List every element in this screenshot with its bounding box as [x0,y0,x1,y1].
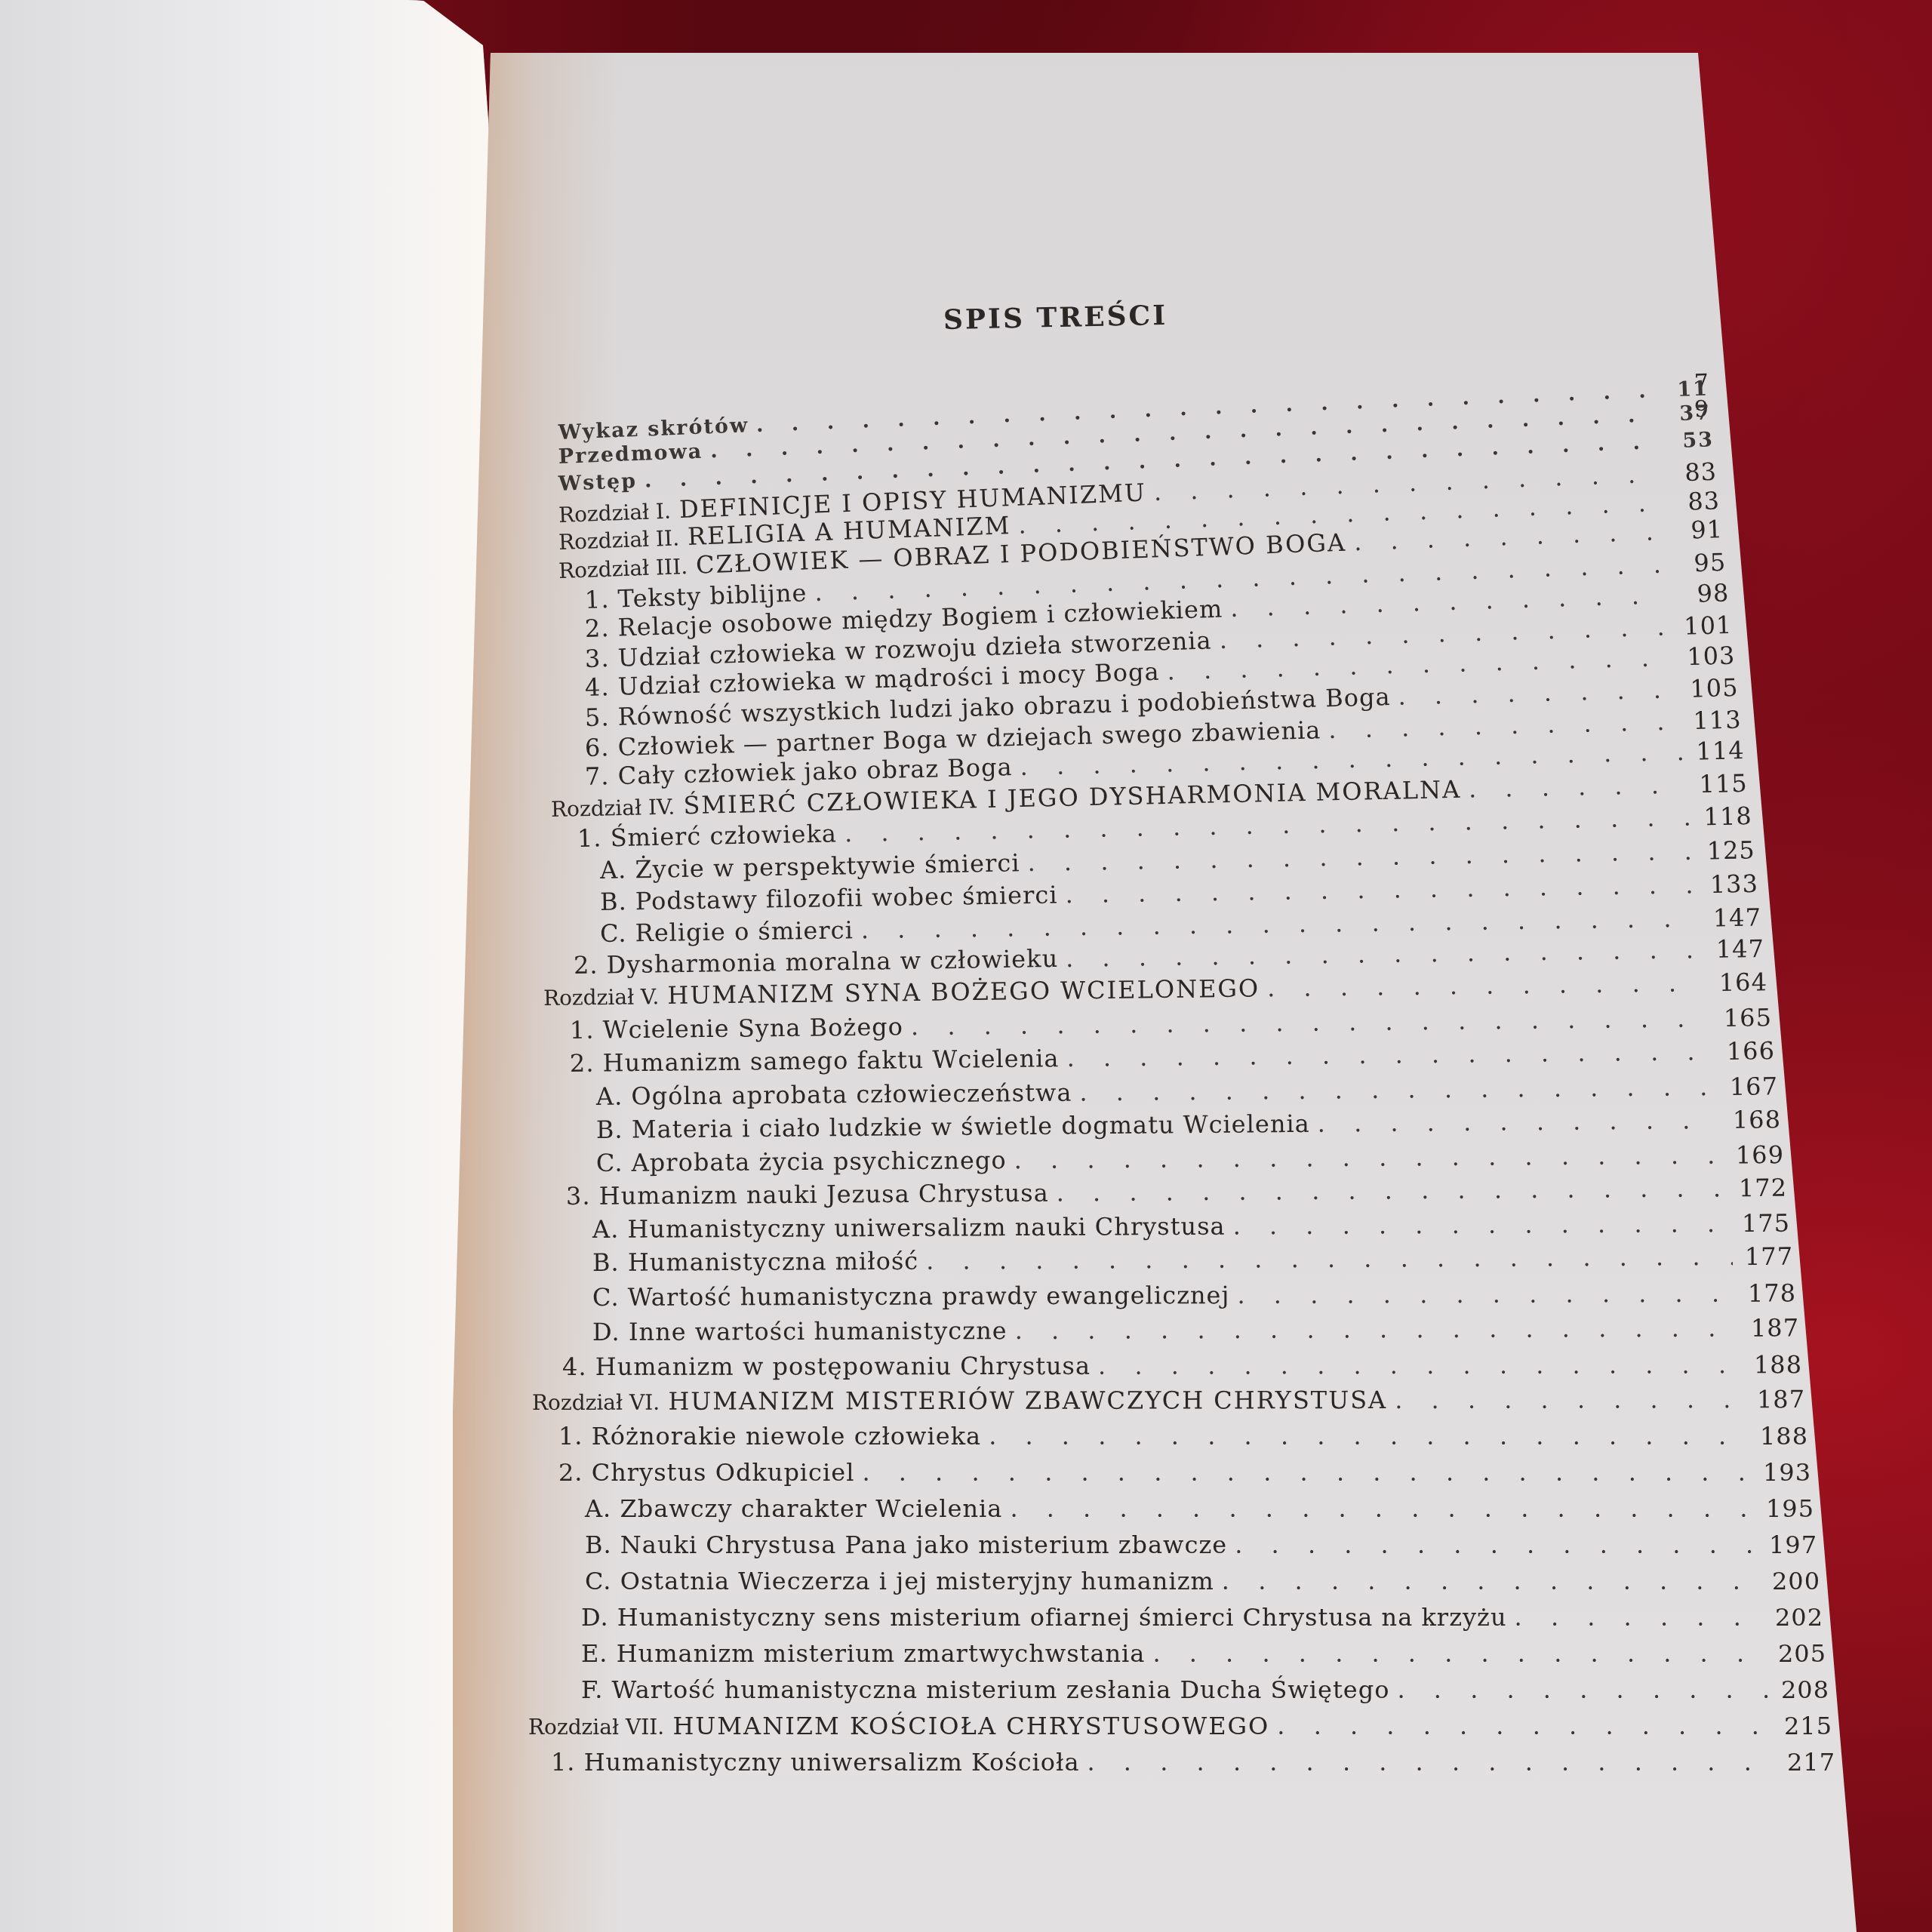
page-number: 195 [1761,1494,1814,1523]
toc-entry-subsection: B. Materia i ciało ludzkie w świetle dog… [596,1105,1781,1144]
toc-entry-section: 2. Chrystus Odkupiciel193 [558,1458,1811,1487]
toc-entry-subsection: C. Wartość humanistyczna prawdy ewangeli… [592,1278,1796,1312]
dot-leader [911,1004,1712,1041]
page-number: 187 [1746,1313,1799,1342]
toc-entry-label: 3. Humanizm nauki Jezusa Chrystusa [566,1179,1049,1211]
dot-leader [1027,837,1695,877]
photo-scene: SPIS TREŚCI 7 9 Wykaz skrótów11Przedmowa… [0,0,1932,1932]
page-number: 83 [1663,457,1717,488]
page-number: 217 [1783,1748,1835,1777]
page-number: 205 [1774,1639,1826,1668]
page-number: 147 [1709,903,1762,933]
toc-entry-label: C. Aprobata życia psychicznego [596,1146,1007,1177]
page-number: 95 [1673,548,1727,578]
toc-entry-section: 1. Różnorakie niewole człowieka188 [558,1422,1808,1451]
dot-leader [1098,1350,1742,1380]
dot-leader [1014,1141,1724,1175]
dot-leader [1469,770,1687,803]
chapter-prefix: Rozdział VI. [532,1390,660,1415]
dot-leader [1066,935,1704,973]
page-number: 187 [1752,1385,1805,1414]
toc-entry-label: B. Podstawy filozofii wobec śmierci [600,880,1058,916]
table-of-contents: SPIS TREŚCI 7 9 Wykaz skrótów11Przedmowa… [453,53,1857,1932]
page-number: 167 [1725,1072,1778,1101]
dot-leader [1398,675,1678,711]
toc-entry-label: C. Ostatnia Wieczerza i jej misteryjny h… [585,1567,1214,1595]
page-number: 169 [1731,1140,1784,1169]
chapter-prefix: Rozdział V. [543,984,660,1011]
toc-entry-label: 2. Chrystus Odkupiciel [558,1458,854,1487]
page-number: 165 [1719,1003,1772,1032]
toc-entry-label: Rozdział V. HUMANIZM SYNA BOŻEGO WCIELON… [543,974,1260,1011]
page-number: 166 [1722,1036,1775,1066]
chapter-title: HUMANIZM KOŚCIOŁA CHRYSTUSOWEGO [672,1712,1269,1740]
page-number: 164 [1715,968,1767,997]
toc-entry-label: 1. Różnorakie niewole człowieka [558,1422,981,1451]
page-number: 37 [1657,401,1711,426]
page-number: 113 [1688,706,1742,736]
toc-entry-section: 4. Humanizm w postępowaniu Chrystusa188 [562,1350,1802,1381]
toc-entry-label: B. Nauki Chrystusa Pana jako misterium z… [585,1531,1227,1559]
toc-entry-label: A. Ogólna aprobata człowieczeństwa [596,1078,1072,1110]
toc-entry-label: B. Humanistyczna miłość [592,1247,918,1277]
toc-entry-label: 1. Wcielenie Syna Bożego [570,1012,903,1044]
page-number: 168 [1728,1105,1781,1134]
toc-entry-chapter: Rozdział VI. HUMANIZM MISTERIÓW ZBAWCZYC… [532,1385,1805,1416]
page-number: 188 [1749,1350,1802,1379]
toc-entry-subsection: A. Humanistyczny uniwersalizm nauki Chry… [592,1209,1790,1244]
dot-leader [1065,870,1698,909]
page-number: 91 [1669,515,1723,545]
toc-entry-label: 4. Humanizm w postępowaniu Chrystusa [562,1352,1091,1381]
toc-entry-label: F. Wartość humanistyczna misterium zesła… [581,1675,1389,1704]
page-number: 101 [1679,611,1733,641]
page-number: 193 [1758,1458,1811,1487]
page-number: 114 [1691,736,1745,766]
dot-leader [1395,1385,1745,1414]
dot-leader [1318,1106,1721,1138]
page-number: 202 [1770,1603,1823,1632]
page-number: 178 [1743,1278,1796,1307]
toc-entry-label: B. Materia i ciało ludzkie w świetle dog… [596,1109,1310,1144]
toc-entry-label: 2. Dysharmonia moralna w człowieku [574,944,1059,980]
toc-entry-label: 1. Śmierć człowieka [577,819,838,853]
dot-leader [1088,1748,1775,1777]
toc-entry-subsection: D. Humanistyczny sens misterium ofiarnej… [581,1603,1823,1632]
page-number: 208 [1777,1675,1829,1704]
dot-leader [989,1422,1748,1451]
dot-leader [1232,1209,1730,1240]
toc-entry-subsection: F. Wartość humanistyczna misterium zesła… [581,1675,1829,1704]
chapter-prefix: Rozdział II. [558,525,679,555]
page-number: 215 [1780,1712,1832,1740]
dot-leader [1015,1314,1739,1345]
toc-entry-label: C. Religie o śmierci [600,915,854,948]
chapter-title: HUMANIZM MISTERIÓW ZBAWCZYCH CHRYSTUSA [668,1386,1387,1416]
left-page-blank [0,0,498,1932]
toc-entry-section: 3. Humanizm nauki Jezusa Chrystusa172 [566,1174,1787,1211]
page-number: 103 [1682,641,1736,671]
page-number: 53 [1660,428,1714,454]
toc-entry-label: A. Życie w perspektywie śmierci [600,848,1020,884]
dot-leader [1235,1531,1757,1559]
toc-entry-subsection: B. Nauki Chrystusa Pana jako misterium z… [585,1531,1817,1559]
dot-leader [862,1458,1751,1487]
chapter-prefix: Rozdział IV. [551,795,675,822]
page-number: 125 [1702,835,1755,865]
toc-entry-label: D. Humanistyczny sens misterium ofiarnej… [581,1603,1507,1632]
page-number: 133 [1706,869,1759,899]
chapter-title: HUMANIZM SYNA BOŻEGO WCIELONEGO [667,974,1260,1010]
toc-entry-label: Wstęp [558,469,637,496]
page-number: 175 [1737,1209,1790,1238]
toc-entry-label: Przedmowa [558,440,703,469]
toc-entry-label: Rozdział VII. HUMANIZM KOŚCIOŁA CHRYSTUS… [528,1712,1269,1740]
toc-entry-subsection: E. Humanizm misterium zmartwychwstania20… [581,1639,1826,1668]
dot-leader [1079,1072,1718,1106]
toc-entry-chapter: Rozdział VII. HUMANIZM KOŚCIOŁA CHRYSTUS… [528,1712,1832,1740]
toc-entry-subsection: D. Inne wartości humanistyczne187 [592,1313,1799,1346]
page-number: 118 [1699,801,1752,831]
toc-entry-subsection: B. Humanistyczna miłość177 [592,1242,1793,1277]
page-number: 177 [1740,1242,1793,1271]
chapter-prefix: Rozdział VII. [528,1715,664,1740]
toc-entry-label: 1. Humanistyczny uniwersalizm Kościoła [551,1748,1080,1777]
dot-leader [1222,1567,1760,1595]
toc-entry-label: A. Zbawczy charakter Wcielenia [585,1494,1002,1523]
dot-leader [1515,1603,1763,1632]
page-number: 105 [1685,673,1739,703]
toc-entry-label: E. Humanizm misterium zmartwychwstania [581,1639,1145,1668]
toc-entry-label: C. Wartość humanistyczna prawdy ewangeli… [592,1281,1230,1312]
toc-entry-subsection: A. Ogólna aprobata człowieczeństwa167 [596,1072,1778,1111]
toc-entry-label: D. Inne wartości humanistyczne [592,1316,1008,1346]
chapter-prefix: Rozdział III. [558,554,688,583]
dot-leader [1066,1037,1715,1072]
page-number: 11 [1655,377,1709,402]
dot-leader [1267,968,1707,1002]
page-number: 172 [1734,1174,1787,1202]
toc-entry-label: A. Humanistyczny uniwersalizm nauki Chry… [592,1212,1226,1244]
dot-leader [926,1242,1733,1275]
page-number: 200 [1767,1567,1820,1595]
toc-entry-subsection: C. Aprobata życia psychicznego169 [596,1140,1784,1177]
right-page: SPIS TREŚCI 7 9 Wykaz skrótów11Przedmowa… [453,53,1857,1932]
dot-leader [1057,1174,1727,1207]
page-number: 115 [1694,769,1748,798]
page-number: 197 [1764,1531,1817,1559]
page-number: 83 [1666,486,1720,516]
dot-leader [1237,1279,1736,1309]
toc-entry-label: Rozdział VI. HUMANIZM MISTERIÓW ZBAWCZYC… [532,1386,1387,1416]
page-number: 188 [1755,1422,1808,1451]
dot-leader [1010,1494,1754,1523]
page-number: 147 [1712,934,1765,964]
toc-entry-subsection: C. Ostatnia Wieczerza i jej misteryjny h… [585,1567,1820,1595]
toc-entry-section: 1. Humanistyczny uniwersalizm Kościoła21… [551,1748,1835,1777]
page-number: 98 [1676,578,1730,608]
toc-title: SPIS TREŚCI [943,300,1168,336]
dot-leader [1152,1639,1766,1668]
dot-leader [1397,1675,1769,1704]
toc-entry-label: 2. Humanizm samego faktu Wcielenia [570,1044,1060,1078]
dot-leader [1277,1712,1772,1740]
toc-entry-subsection: A. Zbawczy charakter Wcielenia195 [585,1494,1814,1523]
